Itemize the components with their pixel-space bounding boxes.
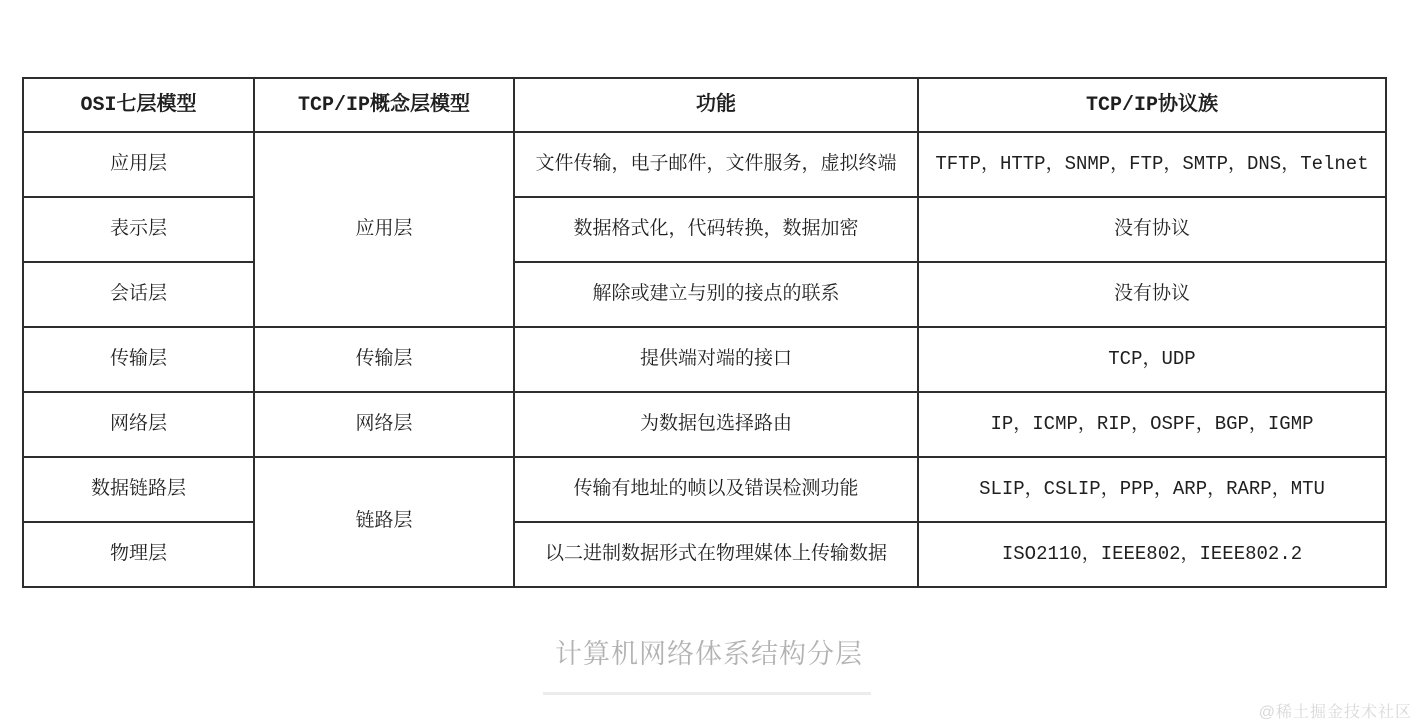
cell-protocols: 没有协议	[918, 197, 1386, 262]
watermark: @稀土掘金技术社区	[1259, 699, 1412, 722]
cell-osi-layer: 传输层	[23, 327, 254, 392]
table-row: 网络层 网络层 为数据包选择路由 IP，ICMP，RIP，OSPF，BGP，IG…	[23, 392, 1386, 457]
column-header-protocols: TCP/IP协议族	[918, 78, 1386, 132]
cell-protocols: TCP，UDP	[918, 327, 1386, 392]
cell-function: 数据格式化，代码转换，数据加密	[514, 197, 918, 262]
caption-divider	[543, 692, 871, 695]
table-row: 传输层 传输层 提供端对端的接口 TCP，UDP	[23, 327, 1386, 392]
cell-tcp-layer: 应用层	[254, 132, 514, 327]
cell-protocols: SLIP，CSLIP，PPP，ARP，RARP，MTU	[918, 457, 1386, 522]
table-row: 数据链路层 链路层 传输有地址的帧以及错误检测功能 SLIP，CSLIP，PPP…	[23, 457, 1386, 522]
cell-tcp-layer: 传输层	[254, 327, 514, 392]
cell-protocols: TFTP，HTTP，SNMP，FTP，SMTP，DNS，Telnet	[918, 132, 1386, 197]
cell-protocols: ISO2110，IEEE802，IEEE802.2	[918, 522, 1386, 587]
network-layers-table: OSI七层模型 TCP/IP概念层模型 功能 TCP/IP协议族 应用层 应用层…	[22, 77, 1387, 588]
cell-osi-layer: 应用层	[23, 132, 254, 197]
table-header-row: OSI七层模型 TCP/IP概念层模型 功能 TCP/IP协议族	[23, 78, 1386, 132]
cell-protocols: 没有协议	[918, 262, 1386, 327]
table-row: 物理层 以二进制数据形式在物理媒体上传输数据 ISO2110，IEEE802，I…	[23, 522, 1386, 587]
table-caption: 计算机网络体系结构分层	[0, 632, 1418, 671]
page-root: OSI七层模型 TCP/IP概念层模型 功能 TCP/IP协议族 应用层 应用层…	[0, 0, 1418, 728]
cell-osi-layer: 网络层	[23, 392, 254, 457]
cell-osi-layer: 表示层	[23, 197, 254, 262]
cell-osi-layer: 物理层	[23, 522, 254, 587]
cell-function: 为数据包选择路由	[514, 392, 918, 457]
table-row: 应用层 应用层 文件传输，电子邮件，文件服务，虚拟终端 TFTP，HTTP，SN…	[23, 132, 1386, 197]
cell-function: 文件传输，电子邮件，文件服务，虚拟终端	[514, 132, 918, 197]
column-header-function: 功能	[514, 78, 918, 132]
cell-function: 提供端对端的接口	[514, 327, 918, 392]
column-header-tcpip-model: TCP/IP概念层模型	[254, 78, 514, 132]
cell-osi-layer: 数据链路层	[23, 457, 254, 522]
cell-tcp-layer: 链路层	[254, 457, 514, 587]
cell-function: 以二进制数据形式在物理媒体上传输数据	[514, 522, 918, 587]
table-row: 表示层 数据格式化，代码转换，数据加密 没有协议	[23, 197, 1386, 262]
cell-function: 解除或建立与别的接点的联系	[514, 262, 918, 327]
cell-protocols: IP，ICMP，RIP，OSPF，BGP，IGMP	[918, 392, 1386, 457]
column-header-osi-model: OSI七层模型	[23, 78, 254, 132]
cell-osi-layer: 会话层	[23, 262, 254, 327]
table-row: 会话层 解除或建立与别的接点的联系 没有协议	[23, 262, 1386, 327]
cell-function: 传输有地址的帧以及错误检测功能	[514, 457, 918, 522]
cell-tcp-layer: 网络层	[254, 392, 514, 457]
